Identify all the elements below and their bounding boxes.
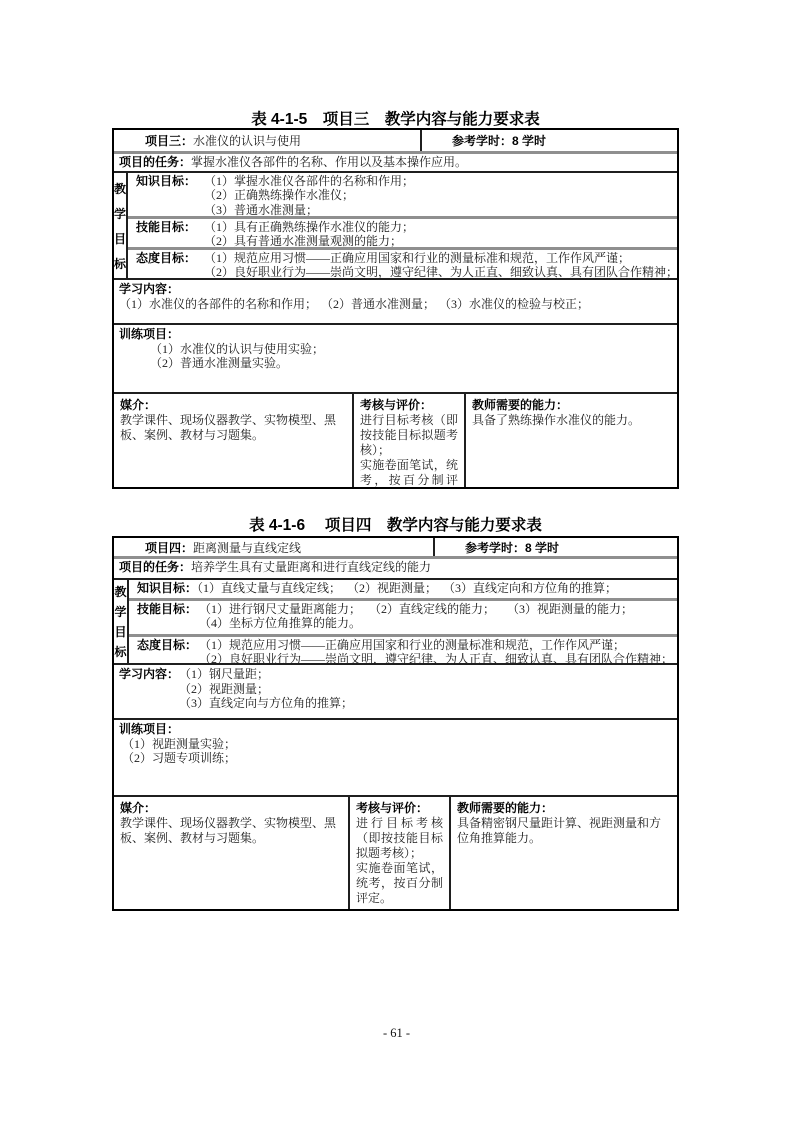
- t2-project-label: 项目四：: [145, 539, 193, 556]
- t2-objectives-block: 教 学 目 标 知识目标：（1）直线丈量与直线定线；（2）视距测量；（3）直线定…: [114, 580, 677, 665]
- t1-teacher-text: 具备了熟练操作水准仪的能力。: [472, 413, 671, 428]
- t2-project-value: 距离测量与直线定线: [193, 539, 301, 556]
- t2-project-row: 项目四：距离测量与直线定线 参考学时：8 学时: [114, 538, 677, 559]
- t2-learning-row: 学习内容： （1）钢尺量距； （2）视距测量； （3）直线定向与方位角的推算；: [114, 665, 677, 720]
- t1-project-cell: 项目三：水准仪的认识与使用: [114, 130, 422, 151]
- t1-task-value: 掌握水准仪各部件的名称、作用以及基本操作应用。: [191, 155, 467, 169]
- t2-learning-lines: （1）钢尺量距； （2）视距测量； （3）直线定向与方位角的推算；: [179, 667, 673, 711]
- t1-project-row: 项目三：水准仪的认识与使用 参考学时：8 学时: [114, 130, 677, 154]
- table-415-title: 表 4-1-5 项目三 教学内容与能力要求表: [112, 107, 679, 129]
- t2-task-row: 项目的任务：培养学生具有丈量距离和进行直线定线的能力: [114, 559, 677, 580]
- t2-skill-row: 技能目标： （1）进行钢尺丈量距离能力；（2）直线定线的能力；（3）视距测量的能…: [129, 601, 677, 637]
- t1-objectives-block: 教 学 目 标 知识目标： （1）掌握水准仪各部件的名称和作用； （2）正确熟练…: [114, 173, 677, 280]
- t2-project-cell: 项目四：距离测量与直线定线: [114, 538, 435, 556]
- t1-task-row: 项目的任务：掌握水准仪各部件的名称、作用以及基本操作应用。: [114, 154, 677, 173]
- t1-project-label: 项目三：: [145, 132, 193, 149]
- t2-hours-value: 参考学时：8 学时: [465, 539, 559, 556]
- t1-learning-row: 学习内容： （1）水准仪的各部件的名称和作用；（2）普通水准测量；（3）水准仪的…: [114, 280, 677, 325]
- t2-training-row: 训练项目： （1）视距测量实验； （2）习题专项训练；: [114, 720, 677, 797]
- t1-attitude-lines: （1）规范应用习惯——正确应用国家和行业的测量标准和规范，工作作风严谨； （2）…: [204, 251, 677, 278]
- t2-media-cell: 媒介： 教学课件、现场仪器教学、实物模型、黑板、案例、教材与习题集。: [114, 797, 350, 909]
- t2-teacher-text: 具备精密钢尺量距计算、视距测量和方位角推算能力。: [457, 816, 671, 846]
- t1-training-row: 训练项目： （1）水准仪的认识与使用实验； （2）普通水准测量实验。: [114, 325, 677, 394]
- t1-knowledge-lines: （1）掌握水准仪各部件的名称和作用； （2）正确熟练操作水准仪； （3）普通水准…: [204, 174, 677, 217]
- t2-task-label: 项目的任务：: [119, 560, 191, 574]
- t1-teacher-cell: 教师需要的能力： 具备了熟练操作水准仪的能力。: [466, 394, 677, 487]
- t2-attitude-row: 态度目标： （1）规范应用习惯——正确应用国家和行业的测量标准和规范，工作作风严…: [129, 637, 677, 663]
- t1-skill-lines: （1）具有正确熟练操作水准仪的能力； （2）具有普通水准测量观测的能力；: [204, 220, 677, 249]
- t1-skill-row: 技能目标： （1）具有正确熟练操作水准仪的能力； （2）具有普通水准测量观测的能…: [128, 219, 677, 250]
- document-page: 表 4-1-5 项目三 教学内容与能力要求表 项目三：水准仪的认识与使用 参考学…: [0, 0, 793, 1122]
- t2-knowledge-label: 知识目标：: [137, 581, 197, 595]
- t1-bottom-row: 媒介： 教学课件、现场仪器教学、实物模型、黑板、案例、教材与习题集。 考核与评价…: [114, 394, 677, 487]
- t1-media-cell: 媒介： 教学课件、现场仪器教学、实物模型、黑板、案例、教材与习题集。: [114, 394, 354, 487]
- t1-assess-cell: 考核与评价： 进行目标考核（即按技能目标拟题考核）； 实施卷面笔试，统考，按百分…: [354, 394, 466, 487]
- t2-objectives-side-label: 教 学 目 标: [114, 580, 129, 663]
- table-416-title: 表 4-1-6 项目四 教学内容与能力要求表: [112, 513, 679, 535]
- t2-task-value: 培养学生具有丈量距离和进行直线定线的能力: [191, 560, 431, 574]
- t1-training-label: 训练项目：: [119, 327, 673, 342]
- t2-hours-cell: 参考学时：8 学时: [435, 538, 677, 556]
- t1-objectives: 知识目标： （1）掌握水准仪各部件的名称和作用； （2）正确熟练操作水准仪； （…: [128, 173, 677, 278]
- t2-skill-lines: （1）进行钢尺丈量距离能力；（2）直线定线的能力；（3）视距测量的能力； （4）…: [199, 602, 673, 631]
- t1-knowledge-row: 知识目标： （1）掌握水准仪各部件的名称和作用； （2）正确熟练操作水准仪； （…: [128, 173, 677, 219]
- t1-hours-value: 参考学时：8 学时: [452, 132, 546, 149]
- t2-objectives: 知识目标：（1）直线丈量与直线定线；（2）视距测量；（3）直线定向和方位角的推算…: [129, 580, 677, 663]
- table-416: 项目四：距离测量与直线定线 参考学时：8 学时 项目的任务：培养学生具有丈量距离…: [112, 536, 679, 911]
- table-415: 项目三：水准仪的认识与使用 参考学时：8 学时 项目的任务：掌握水准仪各部件的名…: [112, 128, 679, 489]
- t2-training-label: 训练项目：: [119, 722, 673, 737]
- t1-media-label: 媒介：: [120, 398, 346, 413]
- t1-hours-cell: 参考学时：8 学时: [422, 130, 677, 151]
- t1-learning-label: 学习内容：: [119, 282, 673, 297]
- t1-project-value: 水准仪的认识与使用: [193, 132, 301, 149]
- t1-skill-label: 技能目标：: [136, 220, 204, 234]
- t1-attitude-label: 态度目标：: [136, 251, 204, 265]
- t2-teacher-cell: 教师需要的能力： 具备精密钢尺量距计算、视距测量和方位角推算能力。: [451, 797, 677, 909]
- page-number: - 61 -: [0, 1026, 793, 1041]
- t1-media-text: 教学课件、现场仪器教学、实物模型、黑板、案例、教材与习题集。: [120, 413, 346, 443]
- t1-learning-items: （1）水准仪的各部件的名称和作用；（2）普通水准测量；（3）水准仪的检验与校正；: [119, 297, 673, 312]
- t2-knowledge-row: 知识目标：（1）直线丈量与直线定线；（2）视距测量；（3）直线定向和方位角的推算…: [129, 580, 677, 601]
- t2-bottom-row: 媒介： 教学课件、现场仪器教学、实物模型、黑板、案例、教材与习题集。 考核与评价…: [114, 797, 677, 909]
- t1-attitude-row: 态度目标： （1）规范应用习惯——正确应用国家和行业的测量标准和规范，工作作风严…: [128, 250, 677, 278]
- t2-teacher-label: 教师需要的能力：: [457, 801, 671, 816]
- t1-objectives-side-label: 教 学 目 标: [114, 173, 128, 278]
- t1-task-label: 项目的任务：: [119, 155, 191, 169]
- t2-assess-cell: 考核与评价： 进行目标考核（即按技能目标拟题考核）； 实施卷面笔试，统考，按百分…: [350, 797, 451, 909]
- t2-media-label: 媒介：: [120, 801, 342, 816]
- t2-learning-label: 学习内容：: [119, 667, 179, 682]
- t2-attitude-lines: （1）规范应用习惯——正确应用国家和行业的测量标准和规范，工作作风严谨； （2）…: [199, 638, 673, 663]
- t2-media-text: 教学课件、现场仪器教学、实物模型、黑板、案例、教材与习题集。: [120, 816, 342, 846]
- t2-assess-label: 考核与评价：: [356, 801, 443, 816]
- t2-attitude-label: 态度目标：: [137, 638, 199, 652]
- t1-teacher-label: 教师需要的能力：: [472, 398, 671, 413]
- t1-assess-label: 考核与评价：: [360, 398, 458, 413]
- t2-skill-label: 技能目标：: [137, 602, 199, 616]
- t1-knowledge-label: 知识目标：: [136, 174, 204, 188]
